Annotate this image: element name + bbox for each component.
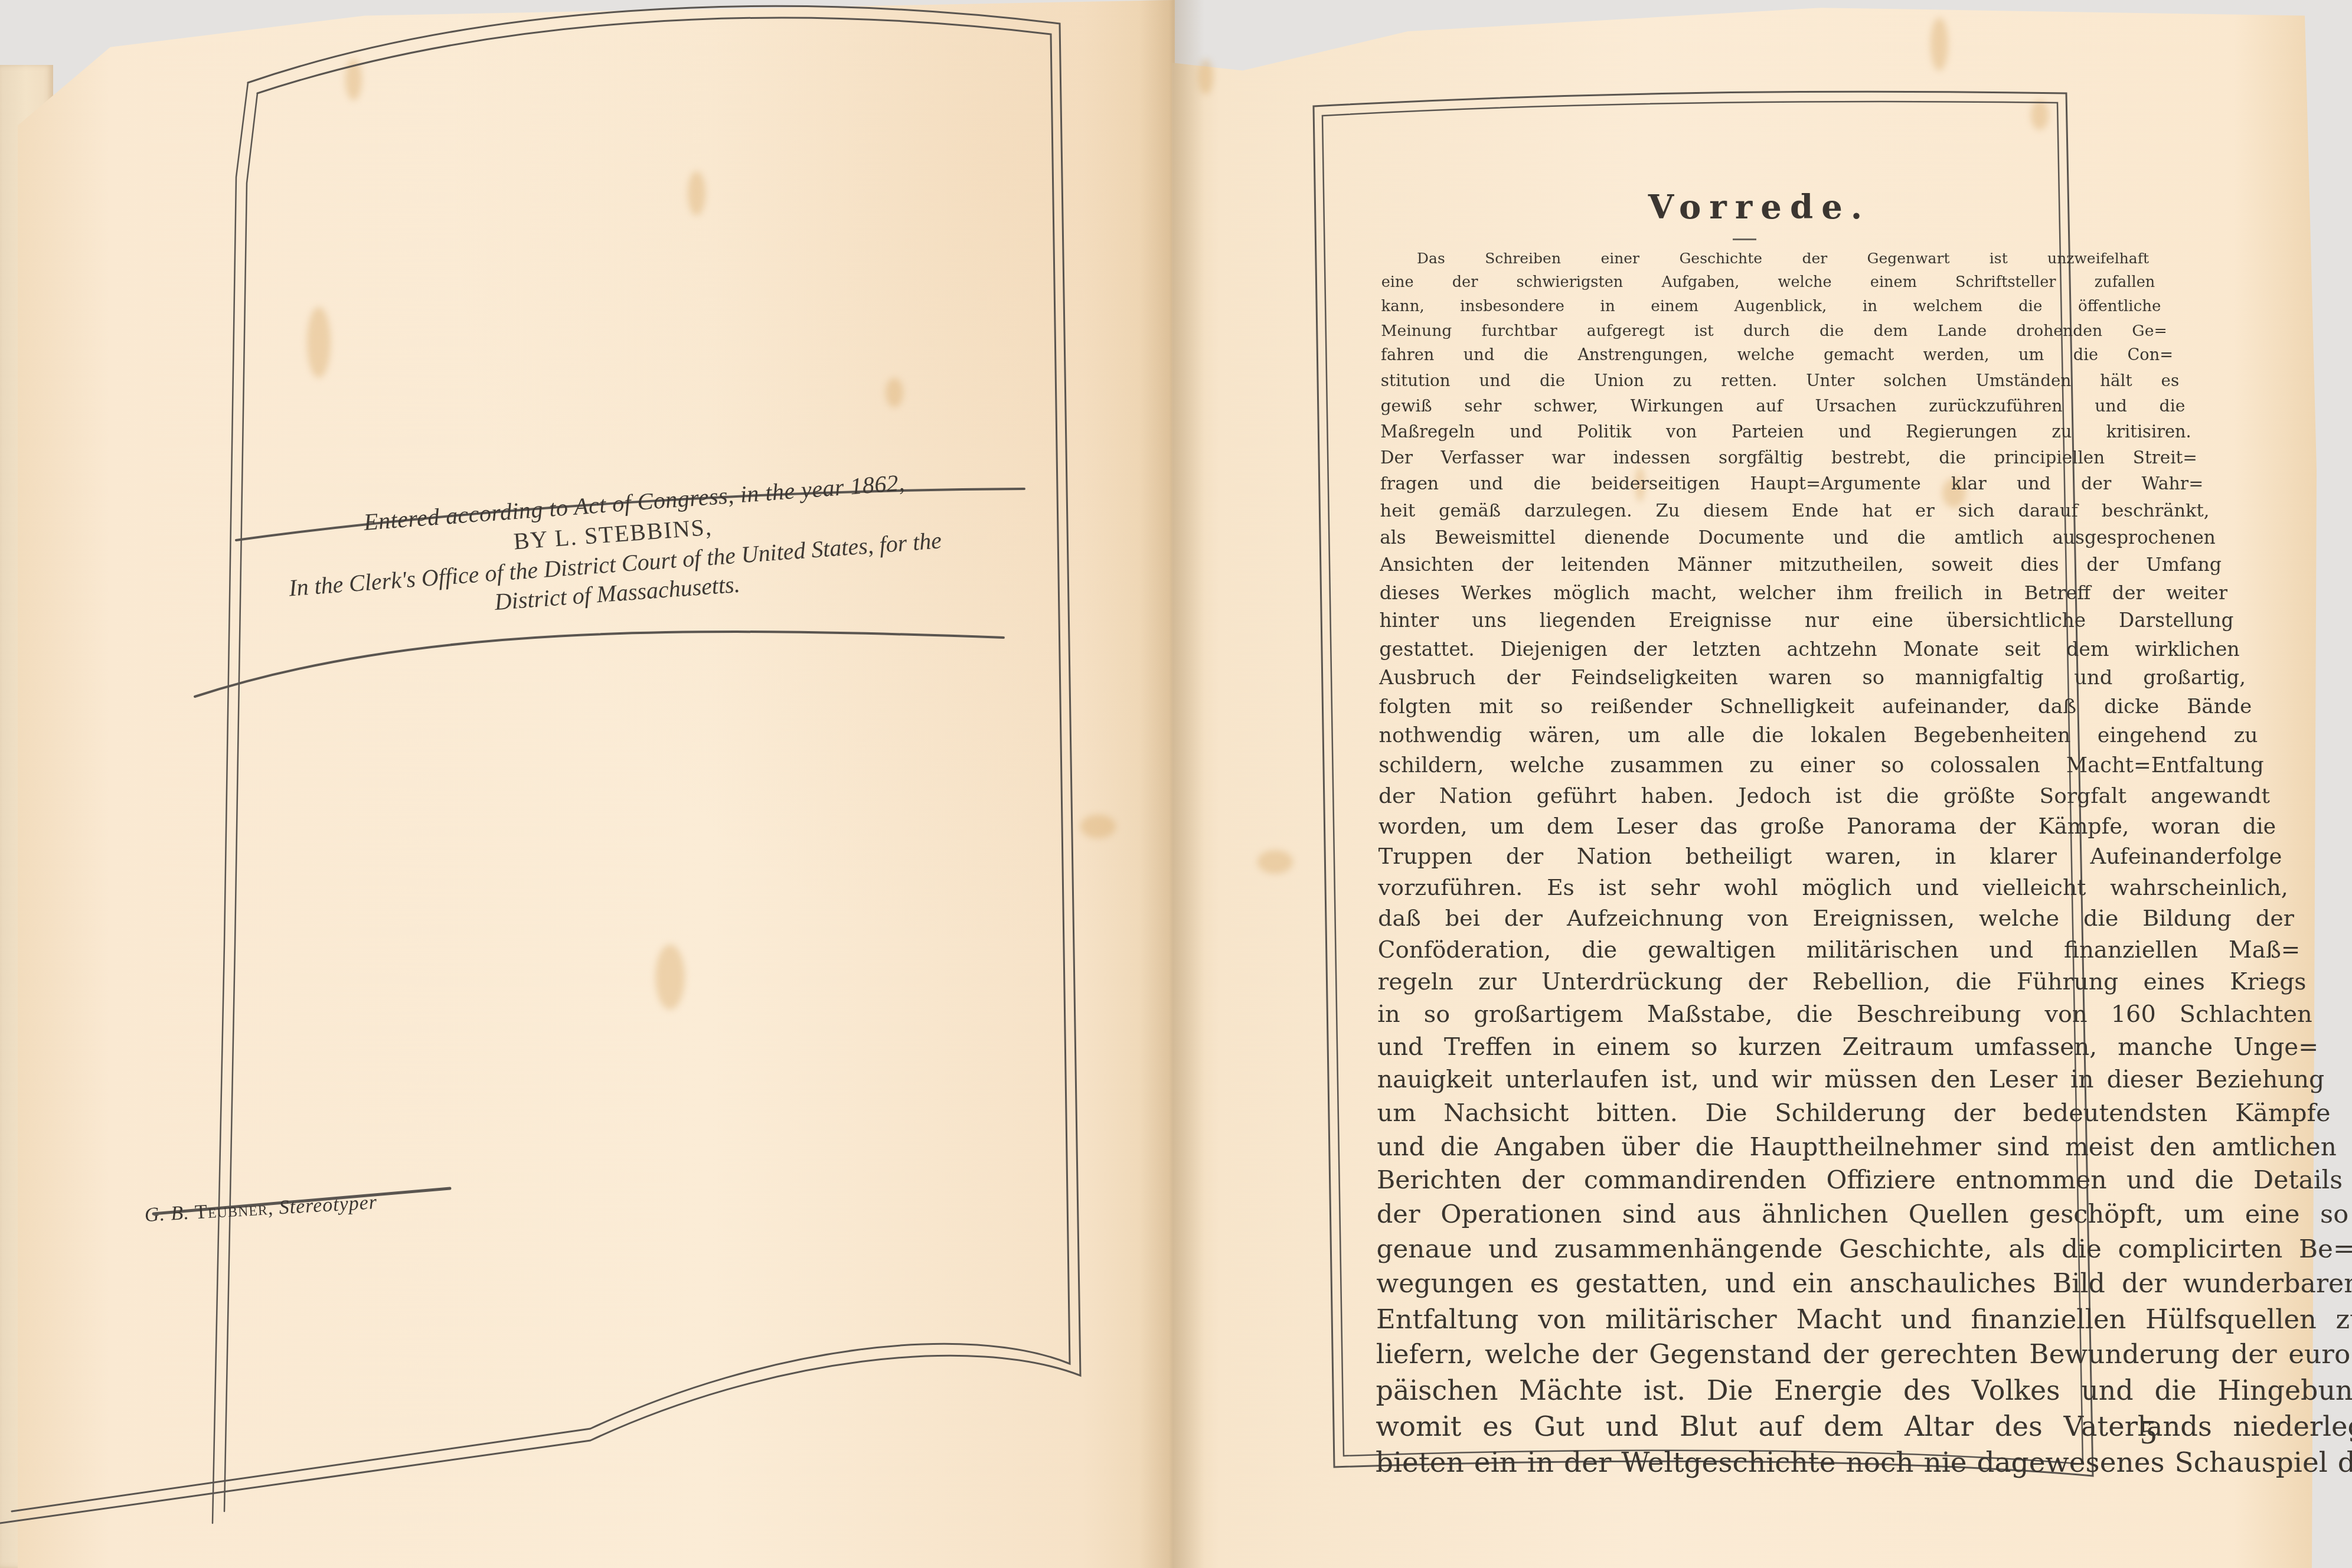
- preface-line: der Nation geführt haben. Jedoch ist die…: [1378, 781, 2270, 811]
- preface-line: gestattet. Diejenigen der letzten achtze…: [1379, 635, 2240, 664]
- foxing-stain: [1930, 18, 1948, 71]
- preface-title: Vorrede.: [1606, 188, 1913, 227]
- preface-line: Conföderation, die gewaltigen militärisc…: [1378, 935, 2301, 966]
- stereotyper-name: Teubner: [194, 1197, 269, 1223]
- preface-line: der Operationen sind aus ähnlichen Quell…: [1377, 1197, 2349, 1231]
- preface-line: Maßregeln und Politik von Parteien und R…: [1380, 419, 2191, 445]
- stereotyper-initials: G. B.: [144, 1202, 190, 1226]
- preface-line: Ansichten der leitenden Männer mitzuthei…: [1380, 551, 2222, 579]
- left-page: [18, 0, 1175, 1568]
- preface-line: fahren und die Anstrengungen, welche gem…: [1381, 343, 2173, 368]
- preface-line: regeln zur Unterdrückung der Rebellion, …: [1378, 966, 2307, 998]
- preface-line: heit gemäß darzulegen. Zu diesem Ende ha…: [1380, 498, 2210, 525]
- foxing-stain: [345, 59, 362, 100]
- preface-line: dieses Werkes möglich macht, welcher ihm…: [1380, 579, 2228, 607]
- preface-line: hinter uns liegenden Ereignisse nur eine…: [1380, 607, 2234, 635]
- page-number: 5: [2140, 1414, 2157, 1452]
- preface-line: wegungen es gestatten, und ein anschauli…: [1376, 1266, 2352, 1301]
- preface-line: fragen und die beiderseitigen Haupt=Argu…: [1380, 471, 2204, 498]
- open-book: Entered according to Act of Congress, in…: [0, 0, 2352, 1568]
- preface-line: nothwendig wären, um alle die lokalen Be…: [1379, 721, 2258, 751]
- book-gutter: [1139, 0, 1204, 1568]
- preface-line: Truppen der Nation betheiligt waren, in …: [1378, 841, 2282, 872]
- preface-line: als Beweismittel dienende Documente und …: [1380, 524, 2216, 551]
- preface-line: vorzuführen. Es ist sehr wohl möglich un…: [1378, 872, 2288, 903]
- preface-line: genaue und zusammenhängende Geschichte, …: [1377, 1232, 2352, 1267]
- preface-line: und Treffen in einem so kurzen Zeitraum …: [1377, 1031, 2318, 1063]
- preface-line: kann, insbesondere in einem Augenblick, …: [1381, 295, 2161, 319]
- title-divider: [1733, 239, 1756, 240]
- preface-line: daß bei der Aufzeichnung von Ereignissen…: [1378, 903, 2294, 935]
- preface-line: gewiß sehr schwer, Wirkungen auf Ursache…: [1381, 393, 2186, 419]
- preface-line: Meinung furchtbar aufgeregt ist durch di…: [1381, 319, 2167, 344]
- preface-line: in so großartigem Maßstabe, die Beschrei…: [1377, 998, 2312, 1031]
- foxing-stain: [1198, 59, 1213, 94]
- preface-line: womit es Gut und Blut auf dem Altar des …: [1376, 1409, 2352, 1445]
- foxing-stain: [655, 945, 685, 1010]
- preface-line: Berichten der commandirenden Offiziere e…: [1377, 1164, 2343, 1198]
- preface-line: Der Verfasser war indessen sorgfältig be…: [1380, 445, 2197, 471]
- preface-line: Das Schreiben einer Geschichte der Gegen…: [1417, 247, 2149, 270]
- preface-line: stitution und die Union zu retten. Unter…: [1381, 368, 2180, 394]
- foxing-stain: [688, 171, 705, 215]
- preface-line: und die Angaben über die Haupttheilnehme…: [1377, 1130, 2337, 1164]
- preface-line: liefern, welche der Gegenstand der gerec…: [1376, 1337, 2352, 1372]
- foxing-stain: [307, 307, 331, 378]
- foxing-stain: [1257, 850, 1293, 874]
- preface-line: Entfaltung von militärischer Macht und f…: [1376, 1302, 2352, 1337]
- foxing-stain: [1080, 815, 1116, 838]
- preface-line: eine der schwierigsten Aufgaben, welche …: [1381, 270, 2155, 295]
- foxing-stain: [2031, 100, 2049, 130]
- foxing-stain: [886, 378, 903, 407]
- preface-line: päischen Mächte ist. Die Energie des Vol…: [1376, 1373, 2352, 1409]
- preface-line: Ausbruch der Feindseligkeiten waren so m…: [1379, 664, 2246, 692]
- preface-line: um Nachsicht bitten. Die Schilderung der…: [1377, 1096, 2331, 1130]
- preface-line: bieten ein in der Weltgeschichte noch ni…: [1376, 1445, 2352, 1481]
- preface-line: worden, um dem Leser das große Panorama …: [1378, 811, 2276, 842]
- preface-line: folgten mit so reißender Schnelligkeit a…: [1379, 692, 2252, 721]
- preface-line: schildern, welche zusammen zu einer so c…: [1378, 751, 2264, 780]
- preface-line: nauigkeit unterlaufen ist, und wir müsse…: [1377, 1063, 2325, 1096]
